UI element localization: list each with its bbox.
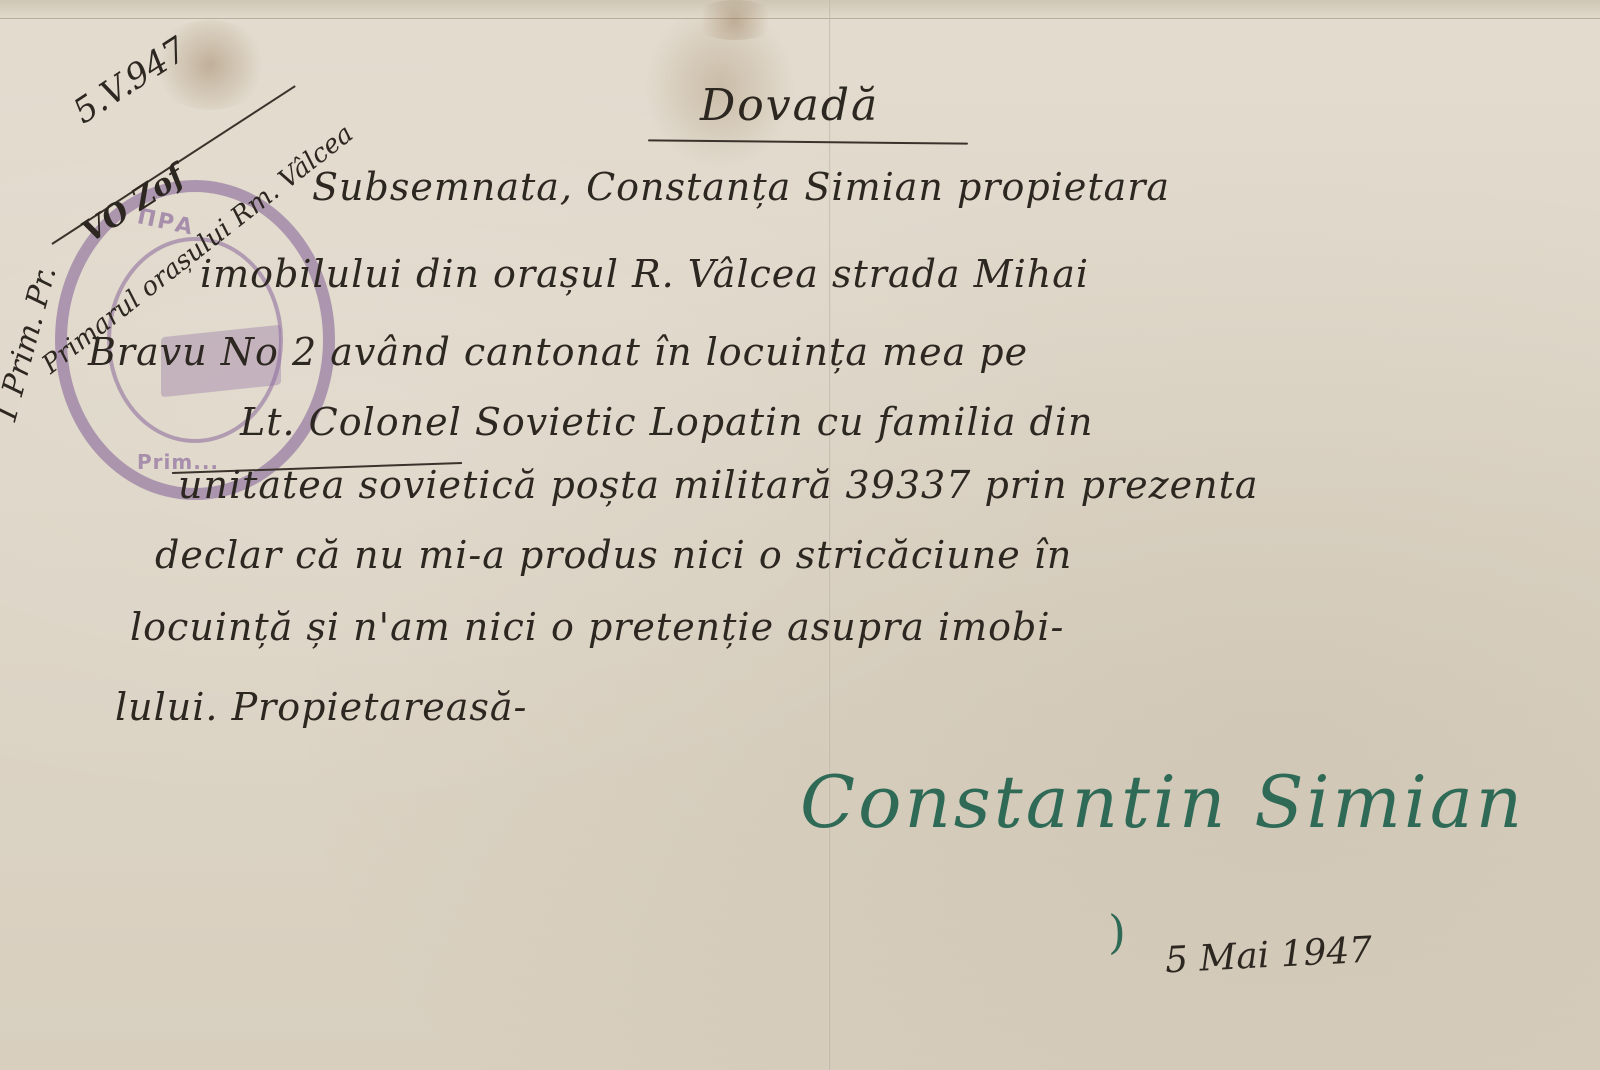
body-line-8: lului. Propietareasă-: [115, 685, 527, 729]
body-line-4: Lt. Colonel Sovietic Lopatin cu familia …: [240, 400, 1093, 444]
body-line-5: unitatea sovietică poșta militară 39337 …: [178, 463, 1259, 507]
paper-stain: [690, 0, 780, 40]
document-title: Dovadă: [700, 80, 879, 131]
body-line-3: Bravu No 2 având cantonat în locuința me…: [88, 330, 1028, 374]
paper-top-edge: [0, 0, 1600, 19]
title-underline: [648, 139, 968, 144]
body-line-1: Subsemnata, Constanța Simian propietara: [312, 165, 1170, 209]
closing-date: 5 Mai 1947: [1164, 930, 1373, 982]
signature: Constantin Simian: [800, 760, 1525, 844]
signature-mark: ): [1108, 905, 1126, 959]
document-page: ПРА Prim... 5.V.947 VO Zof Primarul oraș…: [0, 0, 1600, 1070]
body-line-7: locuință și n'am nici o pretenție asupra…: [130, 605, 1064, 649]
body-line-2: imobilului din orașul R. Vâlcea strada M…: [200, 252, 1089, 296]
body-line-6: declar că nu mi-a produs nici o stricăci…: [155, 533, 1072, 577]
